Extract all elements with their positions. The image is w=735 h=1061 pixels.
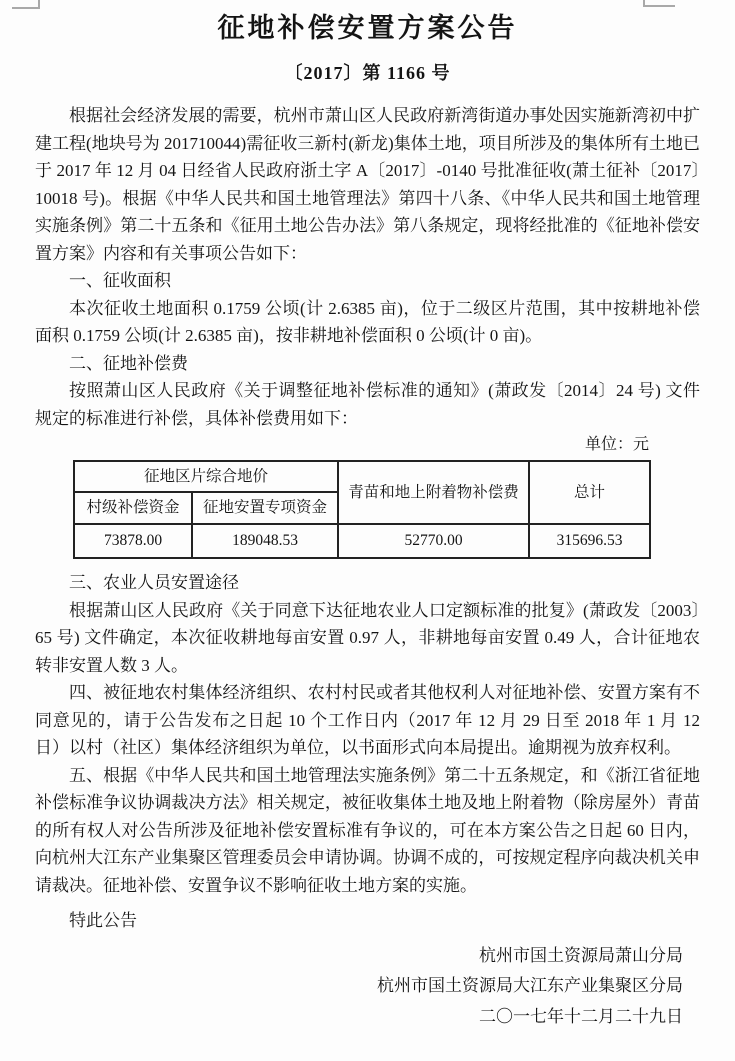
table-header-village-fund: 村级补偿资金	[74, 492, 192, 524]
section-5-paragraph: 五、根据《中华人民共和国土地管理法实施条例》第二十五条规定，和《浙江省征地补偿标…	[35, 762, 700, 900]
table-header-resettlement-fund: 征地安置专项资金	[192, 492, 338, 524]
doc-number: 〔2017〕第 1166 号	[35, 60, 700, 86]
table-unit-label: 单位：元	[35, 432, 649, 458]
section-2-paragraph: 按照萧山区人民政府《关于调整征地补偿标准的通知》(萧政发〔2014〕24 号) …	[35, 377, 700, 432]
signature-authority-1: 杭州市国土资源局萧山分局	[35, 941, 683, 972]
section-2-heading: 二、征地补偿费	[35, 350, 700, 378]
section-3-heading: 三、农业人员安置途径	[35, 569, 700, 597]
table-header-total: 总计	[529, 461, 650, 524]
closing-statement: 特此公告	[35, 907, 700, 935]
signature-block: 杭州市国土资源局萧山分局 杭州市国土资源局大江东产业集聚区分局 二〇一七年十二月…	[35, 941, 700, 1033]
signature-date: 二〇一七年十二月二十九日	[35, 1002, 683, 1033]
scan-corner-mark-right	[643, 0, 675, 7]
document-body: 根据社会经济发展的需要，杭州市萧山区人民政府新湾街道办事处因实施新湾初中扩建工程…	[35, 102, 700, 1032]
section-1-heading: 一、征收面积	[35, 267, 700, 295]
scan-corner-mark-left	[12, 0, 40, 9]
table-header-composite-land-price: 征地区片综合地价	[74, 461, 338, 492]
section-3-paragraph: 根据萧山区人民政府《关于同意下达征地农业人口定额标准的批复》(萧政发〔2003〕…	[35, 597, 700, 680]
value-seedling-attachments: 52770.00	[338, 524, 529, 558]
compensation-table: 征地区片综合地价 青苗和地上附着物补偿费 总计 村级补偿资金 征地安置专项资金 …	[73, 460, 651, 559]
section-1-paragraph: 本次征收土地面积 0.1759 公顷(计 2.6385 亩)，位于二级区片范围，…	[35, 295, 700, 350]
table-header-seedling-attachments: 青苗和地上附着物补偿费	[338, 461, 529, 524]
value-total: 315696.53	[529, 524, 650, 558]
table-row: 73878.00 189048.53 52770.00 315696.53	[74, 524, 650, 558]
intro-paragraph: 根据社会经济发展的需要，杭州市萧山区人民政府新湾街道办事处因实施新湾初中扩建工程…	[35, 102, 700, 267]
section-4-paragraph: 四、被征地农村集体经济组织、农村村民或者其他权利人对征地补偿、安置方案有不同意见…	[35, 679, 700, 762]
announcement-document: 征地补偿安置方案公告 〔2017〕第 1166 号 根据社会经济发展的需要，杭州…	[0, 0, 735, 1061]
value-village-fund: 73878.00	[74, 524, 192, 558]
signature-authority-2: 杭州市国土资源局大江东产业集聚区分局	[35, 971, 683, 1002]
page-title: 征地补偿安置方案公告	[35, 8, 700, 48]
value-resettlement-fund: 189048.53	[192, 524, 338, 558]
